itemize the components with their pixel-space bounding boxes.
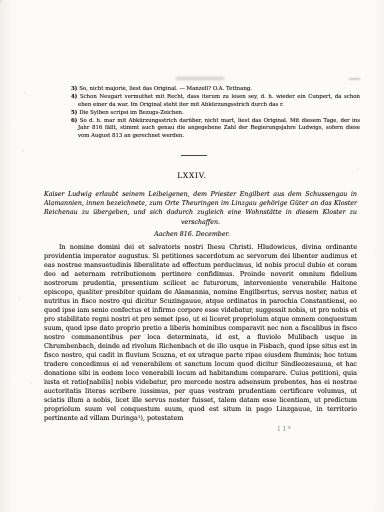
footnote-number: 6): [71, 118, 80, 124]
footnote-text: So, nicht majorie, liest das Original. —…: [79, 86, 252, 92]
charter-dateline: Aachen 816. December.: [0, 231, 384, 238]
footnote-text: So d. h. mar mit Abkürzungsstrich darübe…: [78, 118, 360, 139]
footnote-item: 3) So, nicht majorie, liest das Original…: [71, 86, 360, 94]
charter-regest: Kaiser Ludwig erlaubt seinem Leibeigenen…: [44, 190, 357, 227]
charter-number: LXXIV.: [0, 171, 384, 180]
footnote-item: 5) Die Sylben scripsi im Bezugs-Zeichen.: [71, 110, 360, 118]
footnote-item: 4) Schon Neugart vermuthet mit Recht, da…: [71, 94, 360, 109]
footnote-text: Die Sylben scripsi im Bezugs-Zeichen.: [79, 110, 184, 116]
charter-body-latin: In nomine domini dei et salvatoris nostr…: [44, 243, 357, 423]
scanned-book-page: 3) So, nicht majorie, liest das Original…: [0, 0, 384, 512]
page-number-smudge: [349, 78, 360, 80]
footnote-number: 3): [71, 86, 79, 92]
footnote-text: Schon Neugart vermuthet mit Recht, dass …: [78, 94, 360, 108]
footnote-block: 3) So, nicht majorie, liest das Original…: [71, 86, 360, 141]
running-header-smudge: [176, 77, 224, 80]
footnote-item: 6) So d. h. mar mit Abkürzungsstrich dar…: [71, 118, 360, 141]
footnote-number: 4): [71, 94, 80, 100]
scan-noise-specks: [0, 0, 2, 2]
signature-mark: 11*: [277, 426, 292, 433]
footnote-number: 5): [71, 110, 79, 116]
section-separator-rule: [181, 155, 207, 156]
